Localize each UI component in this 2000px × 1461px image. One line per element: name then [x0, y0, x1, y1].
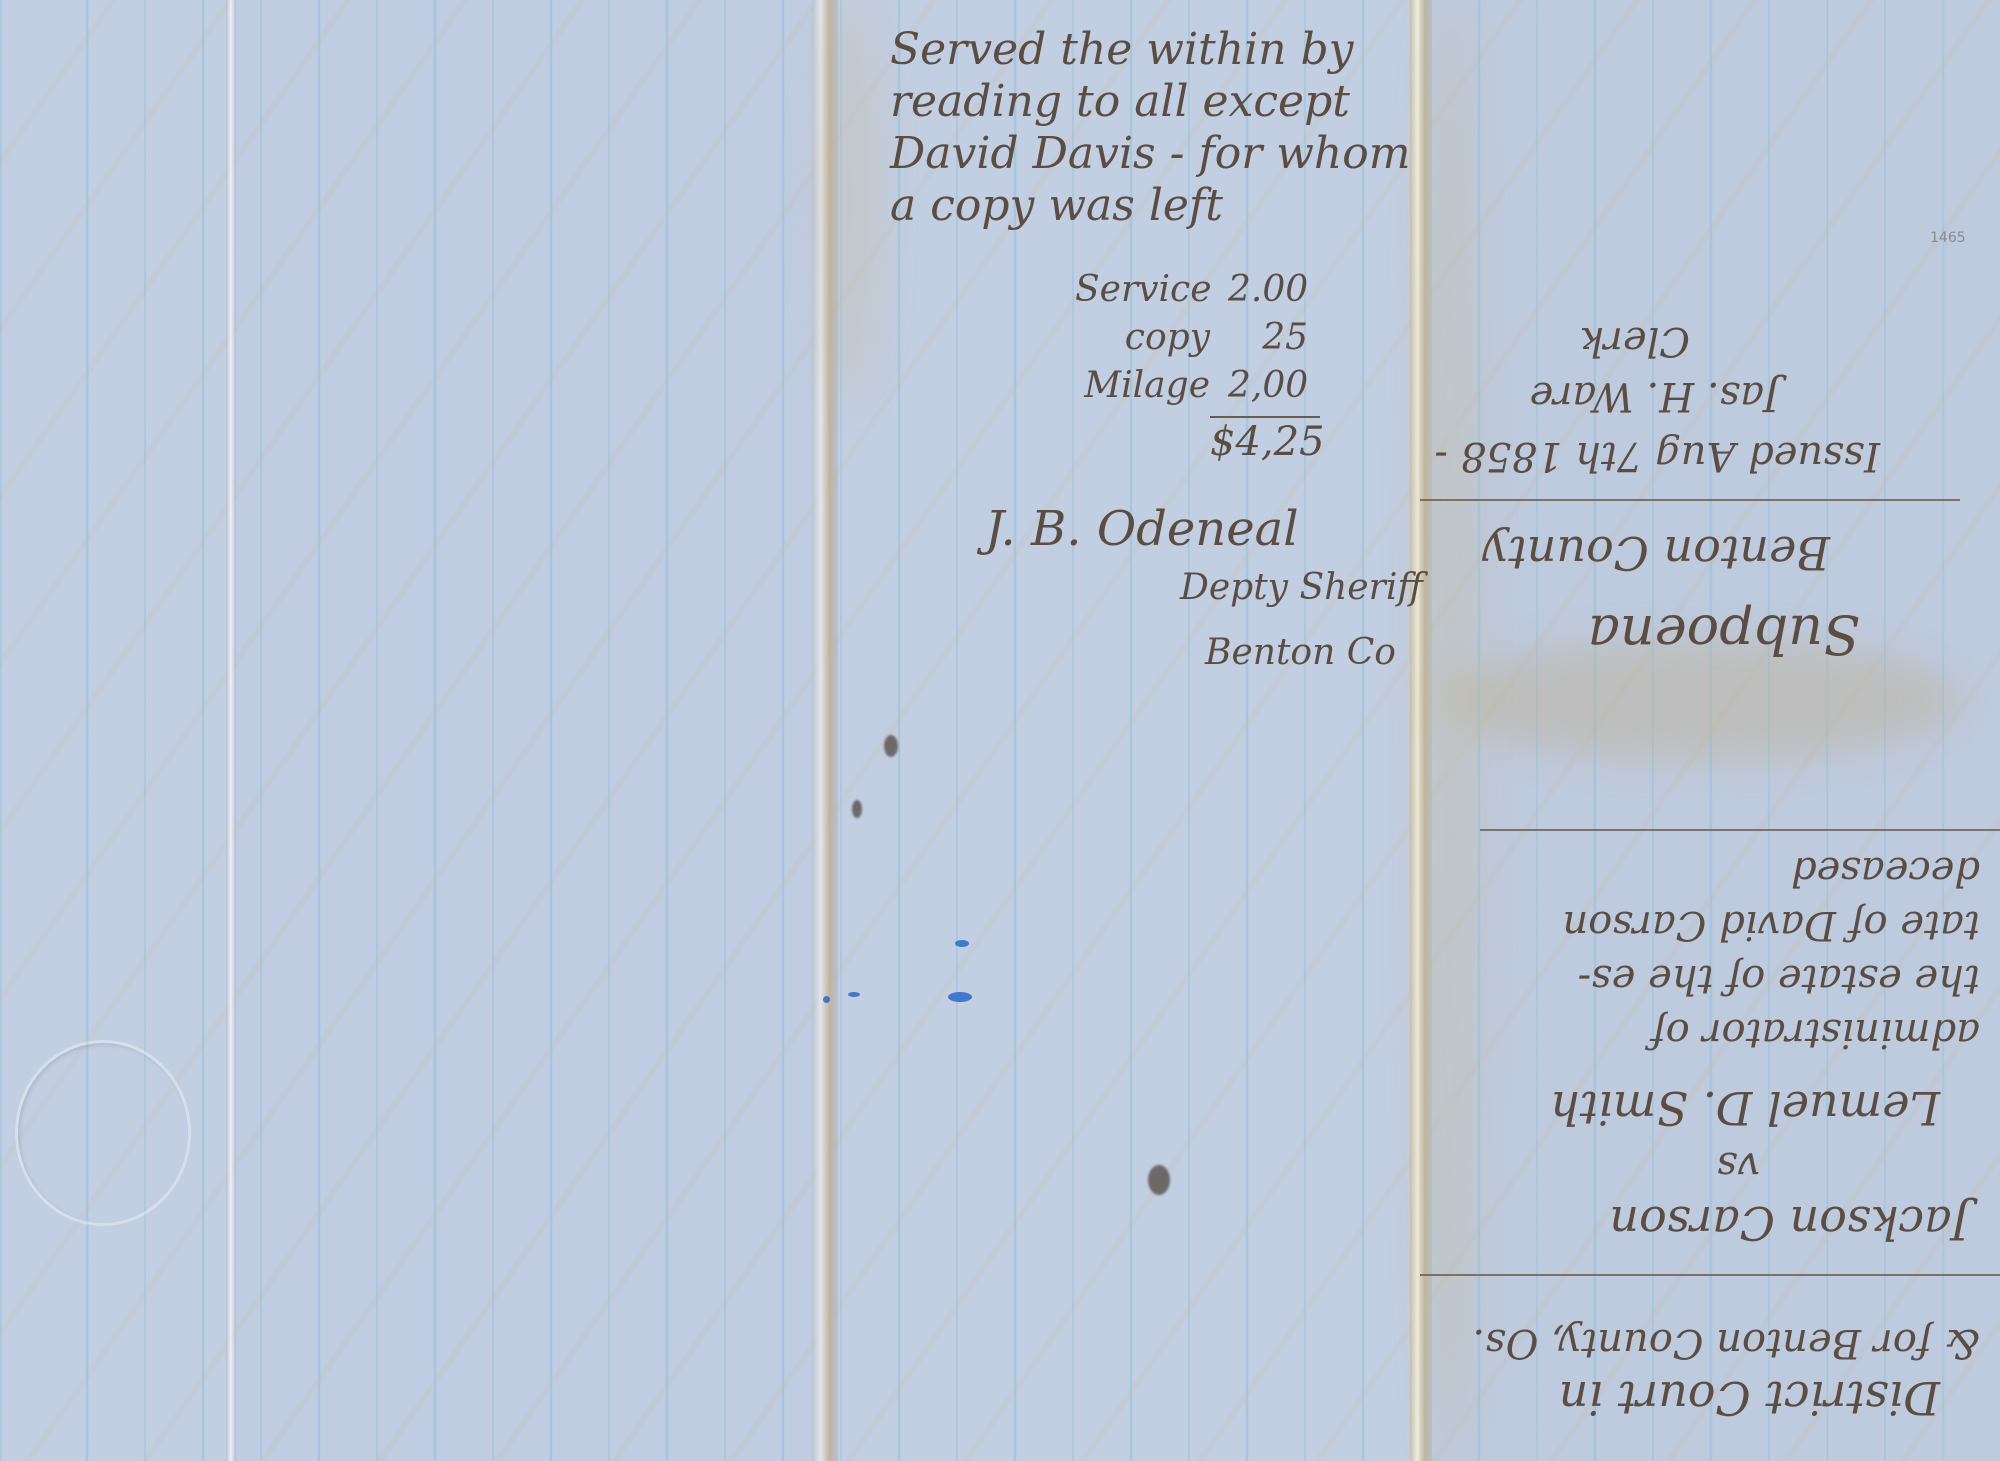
sheriff-signature: J. B. Odeneal: [985, 505, 1299, 553]
service-line: reading to all except: [890, 80, 1410, 132]
document-title: Subpoena: [1588, 607, 1860, 661]
service-line: a copy was left: [890, 184, 1410, 236]
court-name-line2: & for Benton County, Os.: [1472, 1323, 1980, 1363]
plaintiff-name: Jackson Carson: [1609, 1200, 1970, 1246]
water-stain: [820, 0, 880, 400]
endorsement-inverted: District Court in & for Benton County, O…: [1420, 0, 2000, 1461]
rule-line: [1420, 499, 1960, 501]
defendant-role: the estate of the es-: [1578, 959, 1980, 999]
blue-ink-mark: [948, 992, 972, 1002]
ink-blot: [1148, 1165, 1170, 1195]
fee-row: Milage 2,00: [1075, 368, 1320, 416]
ink-blot: [852, 800, 862, 818]
service-line: Served the within by: [890, 28, 1410, 80]
versus-label: vs: [1717, 1146, 1760, 1186]
service-line: David Davis - for whom: [890, 132, 1410, 184]
clerk-title: Clerk: [1580, 321, 1690, 361]
ink-blot: [884, 735, 898, 757]
fold-crease: [226, 0, 236, 1461]
blue-ink-mark: [955, 940, 969, 947]
fee-schedule: Service 2.00 copy 25 Milage 2,00 $4,25: [1075, 272, 1320, 462]
fee-label: Service: [1075, 272, 1228, 320]
court-name: District Court in: [1559, 1375, 1940, 1421]
county-name: Benton County: [1482, 530, 1830, 576]
fee-amount: 2.00: [1228, 272, 1308, 320]
clerk-name: Jas. H. Ware: [1530, 376, 1780, 416]
defendant-role: administrator of: [1651, 1013, 1980, 1053]
defendant-name: Lemuel D. Smith: [1550, 1085, 1940, 1131]
rule-line: [1420, 1274, 2000, 1276]
fee-row: copy 25: [1075, 320, 1320, 368]
embossed-seal: [15, 1040, 191, 1226]
defendant-role: deceased: [1791, 851, 1980, 891]
blue-ink-mark: [848, 992, 860, 997]
fee-label: copy: [1075, 320, 1228, 368]
document-scan: 1465 Served the within by reading to all…: [0, 0, 2000, 1461]
fee-amount: 2,00: [1228, 368, 1308, 416]
fee-amount: 25: [1228, 320, 1308, 368]
sheriff-title: Depty Sheriff: [1180, 570, 1423, 606]
blue-ink-mark: [823, 996, 830, 1003]
fee-total: $4,25: [1210, 416, 1320, 462]
fee-label: Milage: [1075, 368, 1228, 416]
sheriff-county: Benton Co: [1205, 635, 1396, 671]
return-of-service-text: Served the within by reading to all exce…: [890, 28, 1410, 236]
rule-line: [1480, 829, 2000, 831]
defendant-role: tate of David Carson: [1562, 905, 1980, 945]
fee-row: Service 2.00: [1075, 272, 1320, 320]
issue-date: Issued Aug 7th 1858 -: [1434, 436, 1880, 476]
